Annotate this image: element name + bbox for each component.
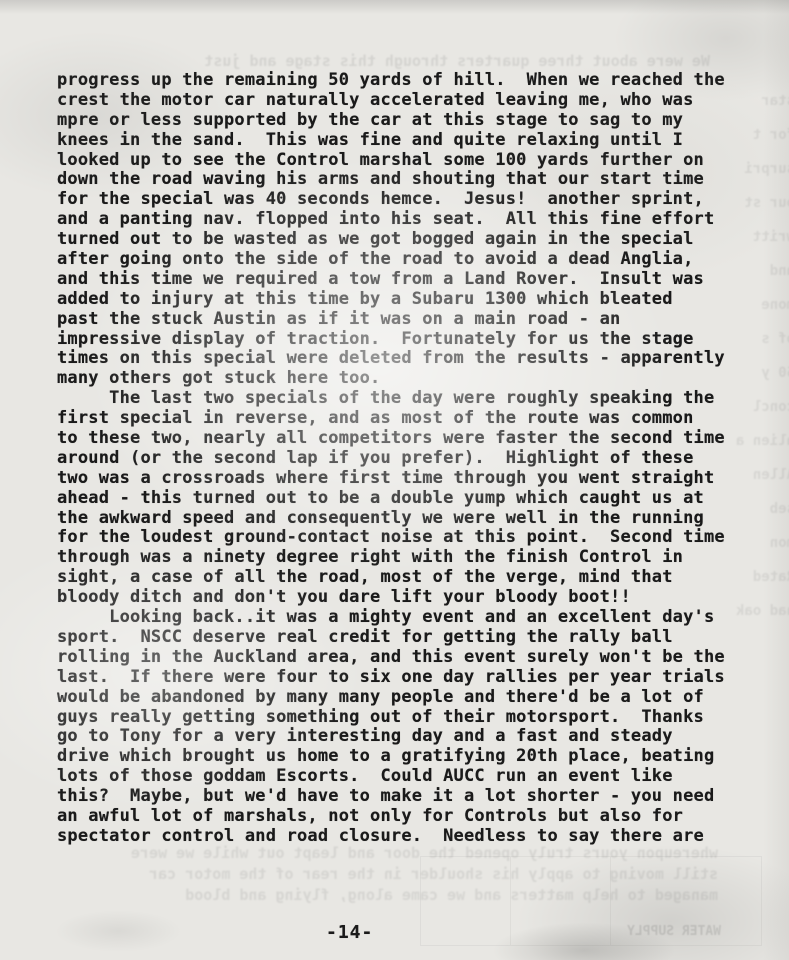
- text-line: to these two, nearly all competitors wer…: [57, 429, 747, 449]
- text-line: and a panting nav. flopped into his seat…: [57, 210, 747, 230]
- text-line: lots of those goddam Escorts. Could AUCC…: [57, 767, 747, 787]
- text-line: the awkward speed and consequently we we…: [57, 509, 747, 529]
- text-line: looked up to see the Control marshal som…: [57, 151, 747, 171]
- text-line: down the road waving his arms and shouti…: [57, 170, 747, 190]
- text-line: knees in the sand. This was fine and qui…: [57, 131, 747, 151]
- text-line: added to injury at this time by a Subaru…: [57, 290, 747, 310]
- text-line: after going onto the side of the road to…: [57, 250, 747, 270]
- text-line: past the stuck Austin as if it was on a …: [57, 310, 747, 330]
- ghost-line: managed to help matters and we came alon…: [78, 885, 718, 906]
- text-line: go to Tony for a very interesting day an…: [57, 727, 747, 747]
- page-number: -14-: [326, 922, 373, 943]
- text-line: crest the motor car naturally accelerate…: [57, 91, 747, 111]
- ghost-table-rule: [510, 857, 511, 945]
- text-line: turned out to be wasted as we got bogged…: [57, 230, 747, 250]
- ghost-line: still moving to apply his shoulder in th…: [78, 864, 718, 885]
- text-line: around (or the second lap if you prefer)…: [57, 449, 747, 469]
- text-line: rolling in the Auckland area, and this e…: [57, 648, 747, 668]
- text-line: impressive display of traction. Fortunat…: [57, 330, 747, 350]
- ghost-showthrough-top: We were about three quarters through thi…: [170, 52, 710, 70]
- ghost-table-label: WATER SUPPLY: [627, 924, 721, 939]
- text-line: this? Maybe, but we'd have to make it a …: [57, 787, 747, 807]
- text-line: sight, a case of all the road, most of t…: [57, 568, 747, 588]
- ghost-table-rule: [610, 857, 611, 945]
- text-line: times on this special were deleted from …: [57, 349, 747, 369]
- text-line: ahead - this turned out to be a double y…: [57, 489, 747, 509]
- text-line: progress up the remaining 50 yards of hi…: [57, 71, 747, 91]
- scanned-page: We were about three quarters through thi…: [0, 0, 789, 960]
- text-line: spectator control and road closure. Need…: [57, 827, 747, 847]
- text-line: mpre or less supported by the car at thi…: [57, 111, 747, 131]
- text-line: two was a crossroads where first time th…: [57, 469, 747, 489]
- text-line: last. If there were four to six one day …: [57, 668, 747, 688]
- text-line: The last two specials of the day were ro…: [57, 389, 747, 409]
- text-line: an awful lot of marshals, not only for C…: [57, 807, 747, 827]
- text-line: sport. NSCC deserve real credit for gett…: [57, 628, 747, 648]
- text-line: first special in reverse, and as most of…: [57, 409, 747, 429]
- text-line: Looking back..it was a mighty event and …: [57, 608, 747, 628]
- text-line: for the loudest ground-contact noise at …: [57, 528, 747, 548]
- typewritten-body: progress up the remaining 50 yards of hi…: [57, 71, 747, 847]
- ghost-showthrough-bottom: whereupon yours truly opened the door an…: [78, 843, 718, 906]
- ghost-showthrough-table: WATER SUPPLY: [420, 856, 762, 946]
- text-line: through was a ninety degree right with t…: [57, 548, 747, 568]
- text-line: bloody ditch and don't you dare lift you…: [57, 588, 747, 608]
- text-line: guys really getting something out of the…: [57, 708, 747, 728]
- text-line: drive which brought us home to a gratify…: [57, 747, 747, 767]
- text-line: and this time we required a tow from a L…: [57, 270, 747, 290]
- text-line: many others got stuck here too.: [57, 369, 747, 389]
- text-line: for the special was 40 seconds hemce. Je…: [57, 190, 747, 210]
- text-line: would be abandoned by many many people a…: [57, 688, 747, 708]
